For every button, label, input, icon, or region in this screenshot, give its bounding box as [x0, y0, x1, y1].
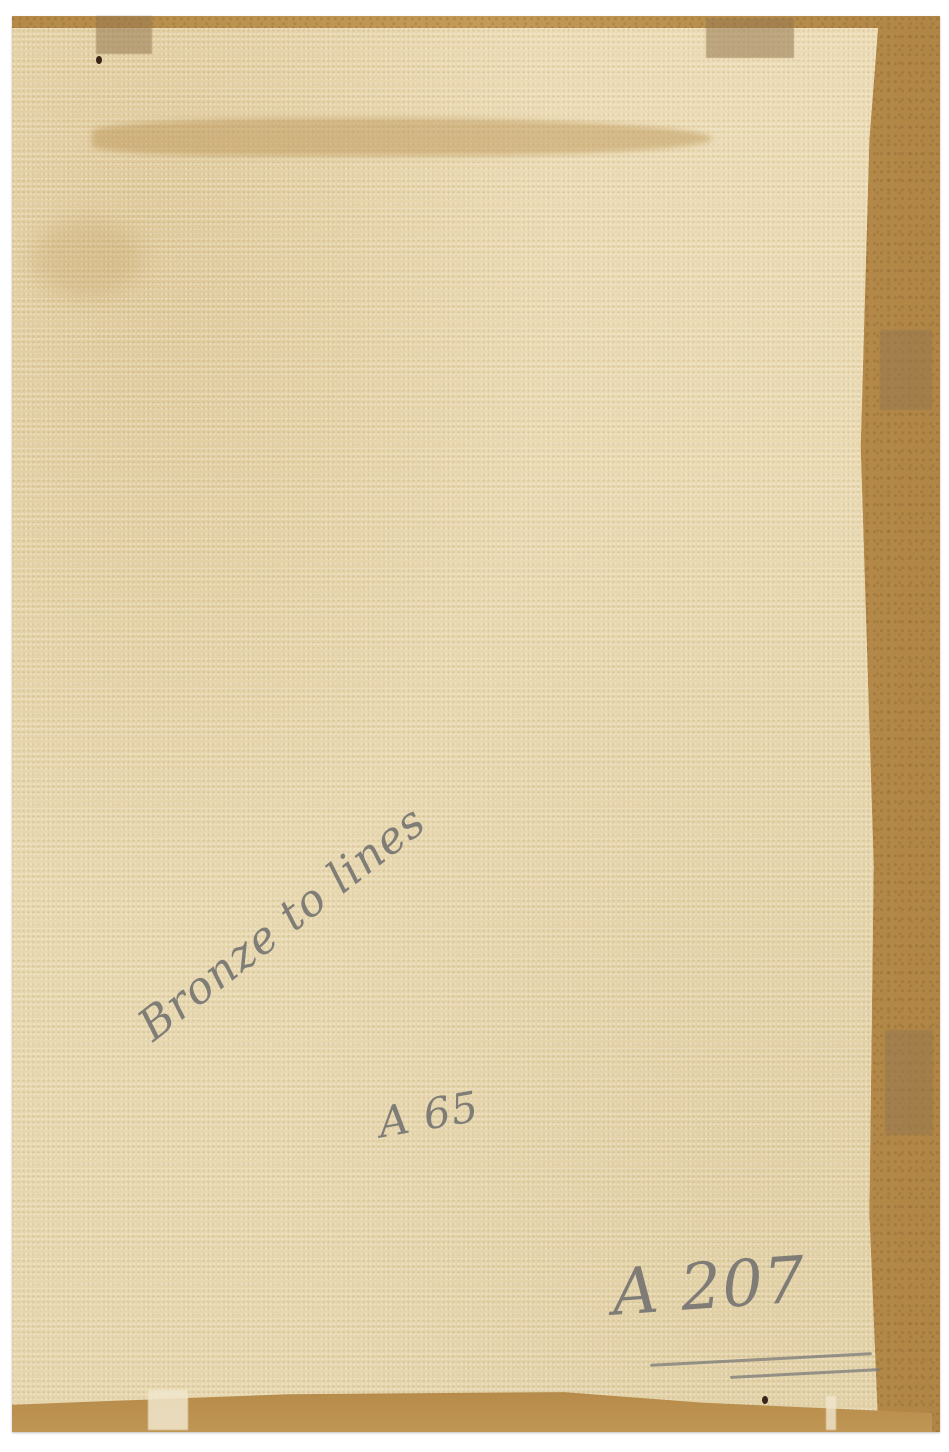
tape-bottom-left	[148, 1390, 188, 1430]
tape-right-lower	[885, 1030, 933, 1135]
tape-top-left	[96, 16, 152, 54]
pencil-note-a207: A 207	[610, 1243, 808, 1330]
ink-spot	[96, 56, 102, 64]
foxing-stain	[32, 218, 142, 298]
paper-sheet	[12, 28, 878, 1424]
tape-top-right	[706, 18, 794, 58]
tape-bottom-right	[826, 1396, 836, 1430]
ink-spot	[762, 1396, 768, 1404]
water-stain	[92, 118, 712, 156]
tape-right-upper	[880, 330, 932, 410]
